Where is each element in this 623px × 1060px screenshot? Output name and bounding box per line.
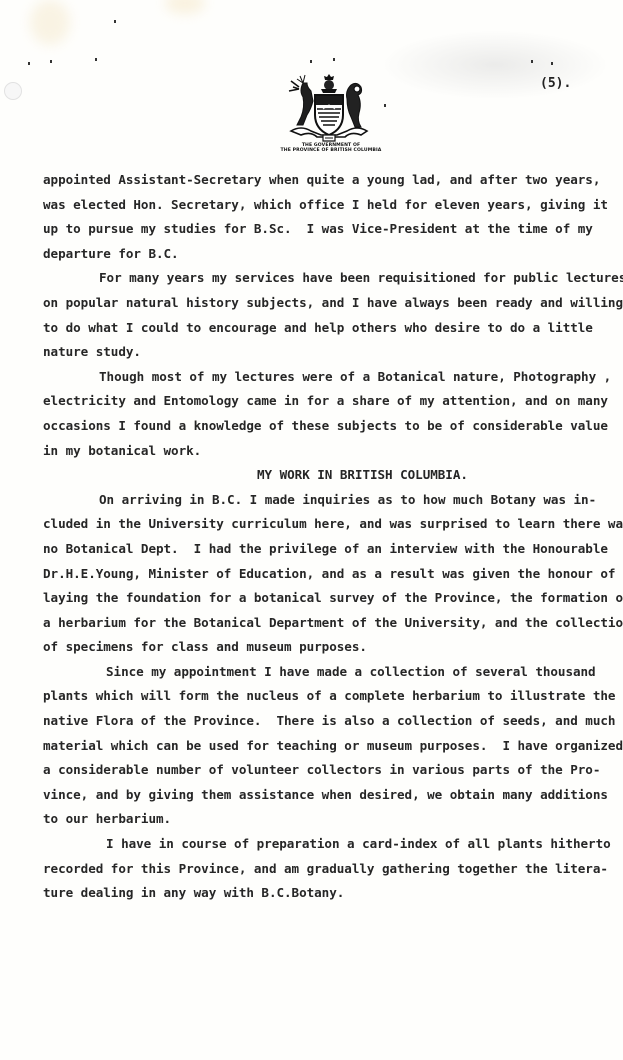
text-line: On arriving in B.C. I made inquiries as … [43,488,613,513]
text-line: ture dealing in any way with B.C.Botany. [43,881,613,906]
letterhead-caption-line2: THE PROVINCE OF BRITISH COLUMBIA [276,148,386,153]
text-line: nature study. [43,340,613,365]
text-line: departure for B.C. [43,242,613,267]
text-line: native Flora of the Province. There is a… [43,709,613,734]
text-line: to do what I could to encourage and help… [43,316,613,341]
text-line: Since my appointment I have made a colle… [43,660,613,685]
text-line: occasions I found a knowledge of these s… [43,414,613,439]
text-line: plants which will form the nucleus of a … [43,684,613,709]
text-line: a considerable number of volunteer colle… [43,758,613,783]
hole-punch-mark [4,82,22,100]
text-line: on popular natural history subjects, and… [43,291,613,316]
text-line: appointed Assistant-Secretary when quite… [43,168,613,193]
text-line: of specimens for class and museum purpos… [43,635,613,660]
text-line: vince, and by giving them assistance whe… [43,783,613,808]
ink-speck [333,58,335,61]
ink-speck [28,62,30,65]
text-line: a herbarium for the Botanical Department… [43,611,613,636]
section-heading: MY WORK IN BRITISH COLUMBIA. [43,463,613,488]
text-line: cluded in the University curriculum here… [43,512,613,537]
letter-body: appointed Assistant-Secretary when quite… [43,168,613,906]
text-line: Though most of my lectures were of a Bot… [43,365,613,390]
text-line: recorded for this Province, and am gradu… [43,857,613,882]
document-page: THE GOVERNMENT OF THE PROVINCE OF BRITIS… [0,0,623,1060]
ink-speck [384,104,386,107]
ink-speck [50,60,52,63]
text-line: electricity and Entomology came in for a… [43,389,613,414]
ink-speck [551,62,553,65]
paper-stain [165,0,205,14]
text-line: material which can be used for teaching … [43,734,613,759]
paper-stain [30,0,70,45]
paper-speckle [380,30,610,100]
text-line: For many years my services have been req… [43,266,613,291]
ink-speck [114,20,116,23]
text-line: I have in course of preparation a card-i… [43,832,613,857]
ink-speck [310,60,312,63]
text-line: no Botanical Dept. I had the privilege o… [43,537,613,562]
text-line: to our herbarium. [43,807,613,832]
text-line: laying the foundation for a botanical su… [43,586,613,611]
text-line: was elected Hon. Secretary, which office… [43,193,613,218]
ink-speck [95,58,97,61]
letterhead-caption: THE GOVERNMENT OF THE PROVINCE OF BRITIS… [276,143,386,153]
text-line: Dr.H.E.Young, Minister of Education, and… [43,562,613,587]
ink-speck [531,60,533,63]
text-line: up to pursue my studies for B.Sc. I was … [43,217,613,242]
page-number: (5). [540,76,571,91]
text-line: in my botanical work. [43,439,613,464]
